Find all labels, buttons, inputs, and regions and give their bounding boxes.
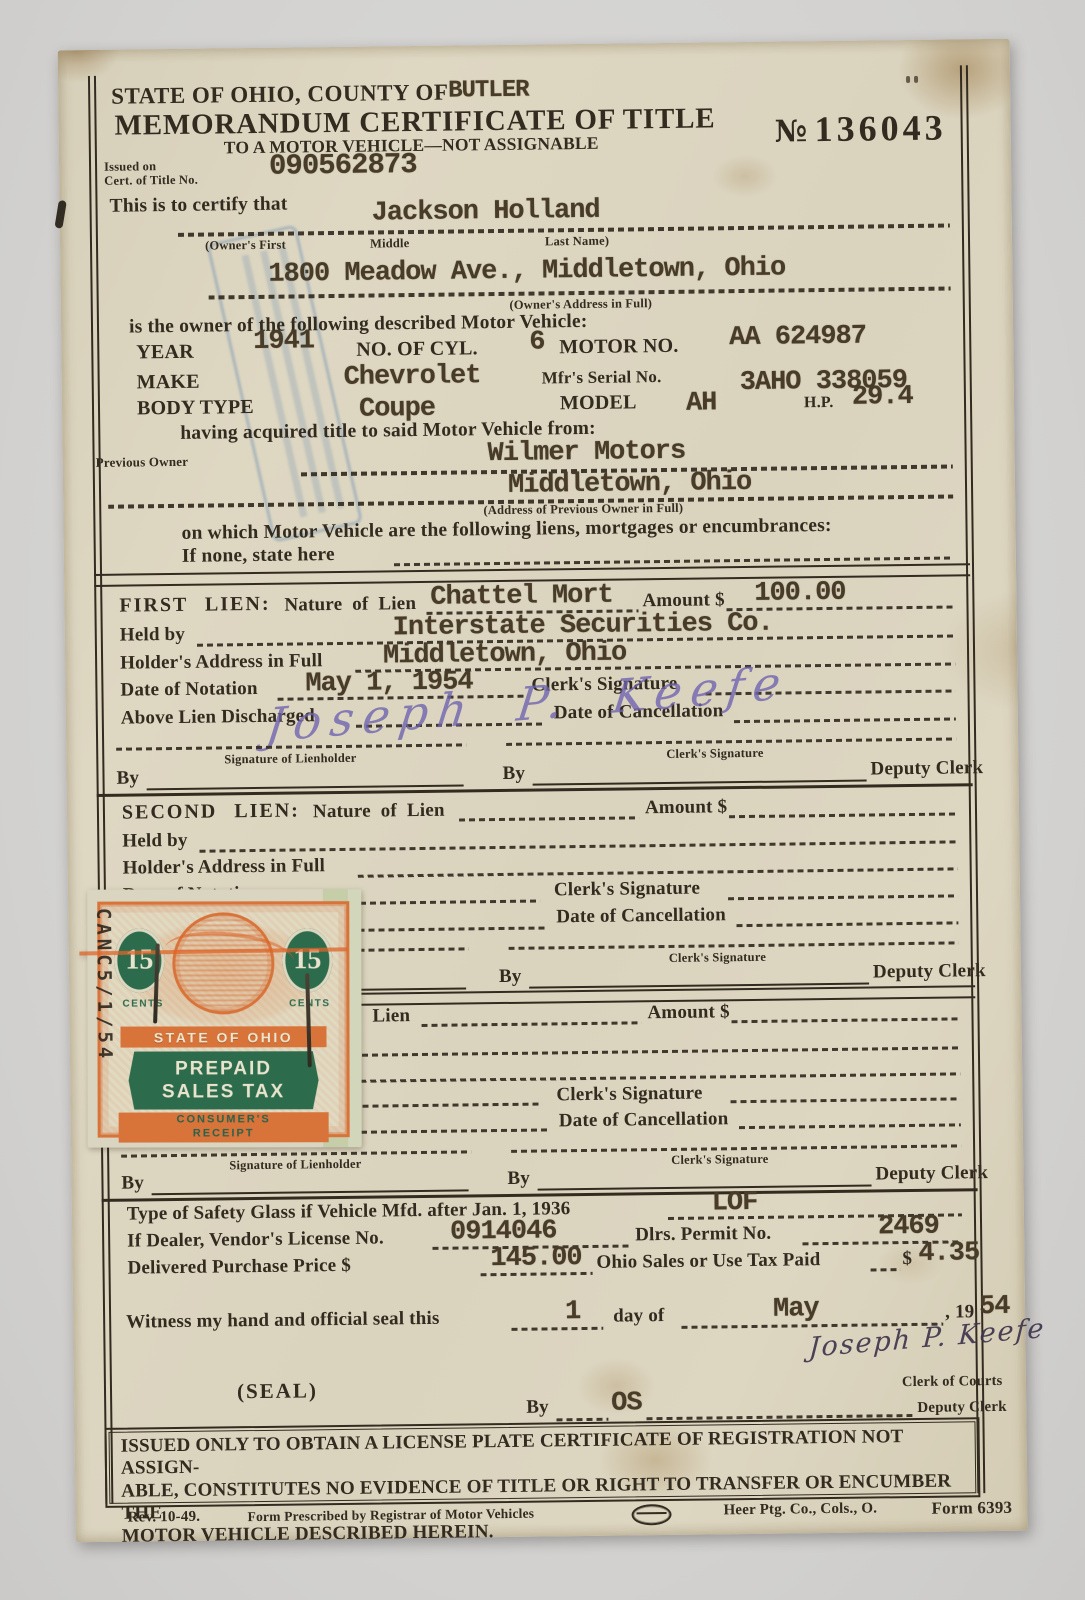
dashed-line <box>871 1268 901 1271</box>
prepaid-sales-tax-stamp: 15 15 CENTS CENTS STATE OF OHIO PREPAID … <box>87 889 361 1147</box>
deputy-clerk-label: Deputy Clerk <box>875 1162 988 1185</box>
cert-number-typed: 090562873 <box>269 150 417 181</box>
ink-mark <box>54 200 66 229</box>
owner-caption-first: (Owner's First <box>205 238 286 253</box>
previous-owner-address-typed: Middletown, Ohio <box>508 470 752 500</box>
owner-address-typed: 1800 Meadow Ave., Middletown, Ohio <box>268 255 785 288</box>
previous-owner-label: Previous Owner <box>96 455 189 471</box>
dashed-line <box>731 1097 961 1103</box>
date-notation-label: Date of Notation <box>120 678 257 701</box>
dashed-line <box>736 921 958 927</box>
deputy-clerk-label: Deputy Clerk <box>870 757 983 780</box>
cyl-label: NO. OF CYL. <box>356 337 478 361</box>
price-label: Delivered Purchase Price $ <box>127 1255 351 1279</box>
dashed-line <box>459 816 639 821</box>
witness-label: Witness my hand and official seal this <box>126 1308 440 1333</box>
signature-of-lienholder-caption: Signature of Lienholder <box>224 751 356 767</box>
by-label: By <box>526 1396 549 1418</box>
stamp-consumers-text: CONSUMER'S <box>119 1113 329 1127</box>
date-cancellation-label: Date of Cancellation <box>559 1108 729 1131</box>
tax-typed: 4.35 <box>918 1240 979 1268</box>
amount-label: Amount $ <box>642 589 725 611</box>
stamp-prepaid-text: PREPAID <box>175 1058 272 1080</box>
dashed-line <box>361 1128 551 1133</box>
ink-speck <box>914 76 918 83</box>
footer-revision: Rev. 10-49. <box>127 1509 200 1527</box>
if-none-label: If none, state here <box>182 544 335 568</box>
amount-typed: 100.00 <box>754 580 846 608</box>
clerks-signature-caption: Clerk's Signature <box>669 950 766 965</box>
by-initials-typed: OS <box>611 1390 642 1417</box>
by-label: By <box>121 1172 144 1194</box>
model-typed: AH <box>686 390 717 417</box>
footer-printer: Heer Ptg. Co., Cols., O. <box>723 1500 877 1519</box>
dashed-line <box>506 737 956 745</box>
stamp-body: 15 15 CENTS CENTS STATE OF OHIO PREPAID … <box>97 901 349 1137</box>
safety-glass-typed: LOF <box>712 1190 758 1218</box>
dashed-line <box>358 926 548 931</box>
make-typed: Chevrolet <box>343 363 480 392</box>
by-label: By <box>116 767 139 789</box>
clerks-signature-label: Clerk's Signature <box>554 878 700 901</box>
permit-label: Dlrs. Permit No. <box>635 1223 771 1246</box>
dashed-line <box>360 1072 960 1082</box>
dashed-line <box>732 1017 960 1023</box>
by-label: By <box>499 966 522 988</box>
nature-of-lien-label: Nature of Lien <box>313 800 445 823</box>
hp-typed: 29.4 <box>852 384 913 412</box>
serial-number: 136043 <box>814 108 946 150</box>
seal-label: (SEAL) <box>237 1379 318 1404</box>
motor-typed: AA 624987 <box>729 324 866 353</box>
stamp-receipt-text: RECEIPT <box>119 1127 329 1141</box>
motor-label: MOTOR NO. <box>559 335 678 359</box>
tax-dollar-sign: $ <box>902 1248 912 1269</box>
dashed-line <box>728 894 958 900</box>
ink-speck <box>906 76 910 83</box>
right-border-rule <box>960 65 985 1493</box>
dashed-line <box>734 717 956 723</box>
dashed-line <box>509 941 959 949</box>
witness-day-typed: 1 <box>565 1299 581 1326</box>
year-typed: 1941 <box>253 328 314 356</box>
dashed-line <box>481 1272 593 1276</box>
certificate-paper: STATE OF OHIO, COUNTY OF BUTLER MEMORAND… <box>58 39 1028 1543</box>
holder-address-label: Holder's Address in Full <box>120 650 323 674</box>
clerk-of-courts-label: Clerk of Courts <box>902 1373 1003 1390</box>
issued-on-label: Issued on <box>104 159 156 174</box>
year-label: YEAR <box>136 341 194 364</box>
clerks-signature-label: Clerk's Signature <box>556 1083 702 1106</box>
owner-name-typed: Jackson Holland <box>371 198 599 228</box>
holder-address-typed: Middletown, Ohio <box>383 640 627 670</box>
dashed-line <box>422 1021 642 1027</box>
cyl-typed: 6 <box>529 329 545 356</box>
vendor-license-typed: 0914046 <box>450 1218 557 1246</box>
dashed-line <box>358 867 958 877</box>
county-typed-value: BUTLER <box>448 79 529 104</box>
owner-caption-middle: Middle <box>370 236 410 250</box>
footer-form-number: Form 6393 <box>931 1498 1012 1518</box>
body-label: BODY TYPE <box>137 396 254 420</box>
disclaimer-box: ISSUED ONLY TO OBTAIN A LICENSE PLATE CE… <box>104 1417 980 1508</box>
certify-label: This is to certify that <box>109 194 287 218</box>
vendor-license-label: If Dealer, Vendor's License No. <box>127 1227 384 1251</box>
stamp-banner: PREPAID SALES TAX <box>129 1051 319 1109</box>
amount-label: Amount $ <box>647 1001 730 1023</box>
owner-caption-last: Last Name) <box>545 234 609 249</box>
third-lien-label: Lien <box>372 1005 410 1027</box>
date-cancellation-label: Date of Cancellation <box>556 904 726 927</box>
holder-address-label: Holder's Address in Full <box>123 855 326 879</box>
first-lien-heading: FIRST LIEN: <box>119 593 270 617</box>
signature-of-lienholder-caption: Signature of Lienholder <box>229 1157 361 1173</box>
serial-number-sign: № <box>774 115 807 149</box>
cert-of-title-label: Cert. of Title No. <box>104 173 198 188</box>
dashed-line <box>739 1123 961 1129</box>
deputy-clerk-label: Deputy Clerk <box>917 1399 1007 1417</box>
by-label: By <box>502 763 525 785</box>
by-label: By <box>507 1168 530 1190</box>
clerks-signature-caption: Clerk's Signature <box>666 746 763 761</box>
day-of-label: day of <box>613 1305 665 1327</box>
make-label: MAKE <box>137 371 200 394</box>
hp-label: H.P. <box>804 394 834 412</box>
held-by-label: Held by <box>120 624 186 646</box>
permit-typed: 2469 <box>878 1214 939 1242</box>
dashed-line <box>729 812 957 818</box>
previous-owner-typed: Wilmer Motors <box>487 439 685 468</box>
clerk-signature-handwritten: Joseph P. Keefe <box>808 1313 1046 1364</box>
stamp-consumers-receipt: CONSUMER'S RECEIPT <box>119 1112 329 1142</box>
amount-label: Amount $ <box>645 796 728 818</box>
serial-label: Mfr's Serial No. <box>542 367 662 387</box>
state-county-line: STATE OF OHIO, COUNTY OF <box>111 80 449 110</box>
dashed-line <box>511 1327 603 1331</box>
held-by-label: Held by <box>122 830 188 852</box>
stamp-state-band: STATE OF OHIO <box>120 1026 326 1047</box>
price-typed: 145.00 <box>490 1245 582 1273</box>
scanned-photo-background: STATE OF OHIO, COUNTY OF BUTLER MEMORAND… <box>0 0 1085 1600</box>
previous-owner-caption: (Address of Previous Owner in Full) <box>413 500 753 518</box>
second-lien-heading: SECOND LIEN: <box>122 799 300 824</box>
dashed-line <box>199 840 957 852</box>
tax-label: Ohio Sales or Use Tax Paid <box>596 1249 820 1273</box>
handwritten-cancel-note: CANC5/1/54 <box>92 908 116 1088</box>
stamp-sales-tax-text: SALES TAX <box>162 1081 285 1103</box>
left-border-rule <box>88 76 113 1504</box>
deputy-clerk-label: Deputy Clerk <box>873 960 986 983</box>
held-by-typed: Interstate Securities Co. <box>393 611 773 643</box>
nature-typed: Chattel Mort <box>430 583 613 612</box>
owner-intro: is the owner of the following described … <box>129 311 588 338</box>
model-label: MODEL <box>560 391 637 414</box>
witness-month-typed: May <box>773 1296 819 1324</box>
clerks-signature-caption: Clerk's Signature <box>671 1152 768 1167</box>
